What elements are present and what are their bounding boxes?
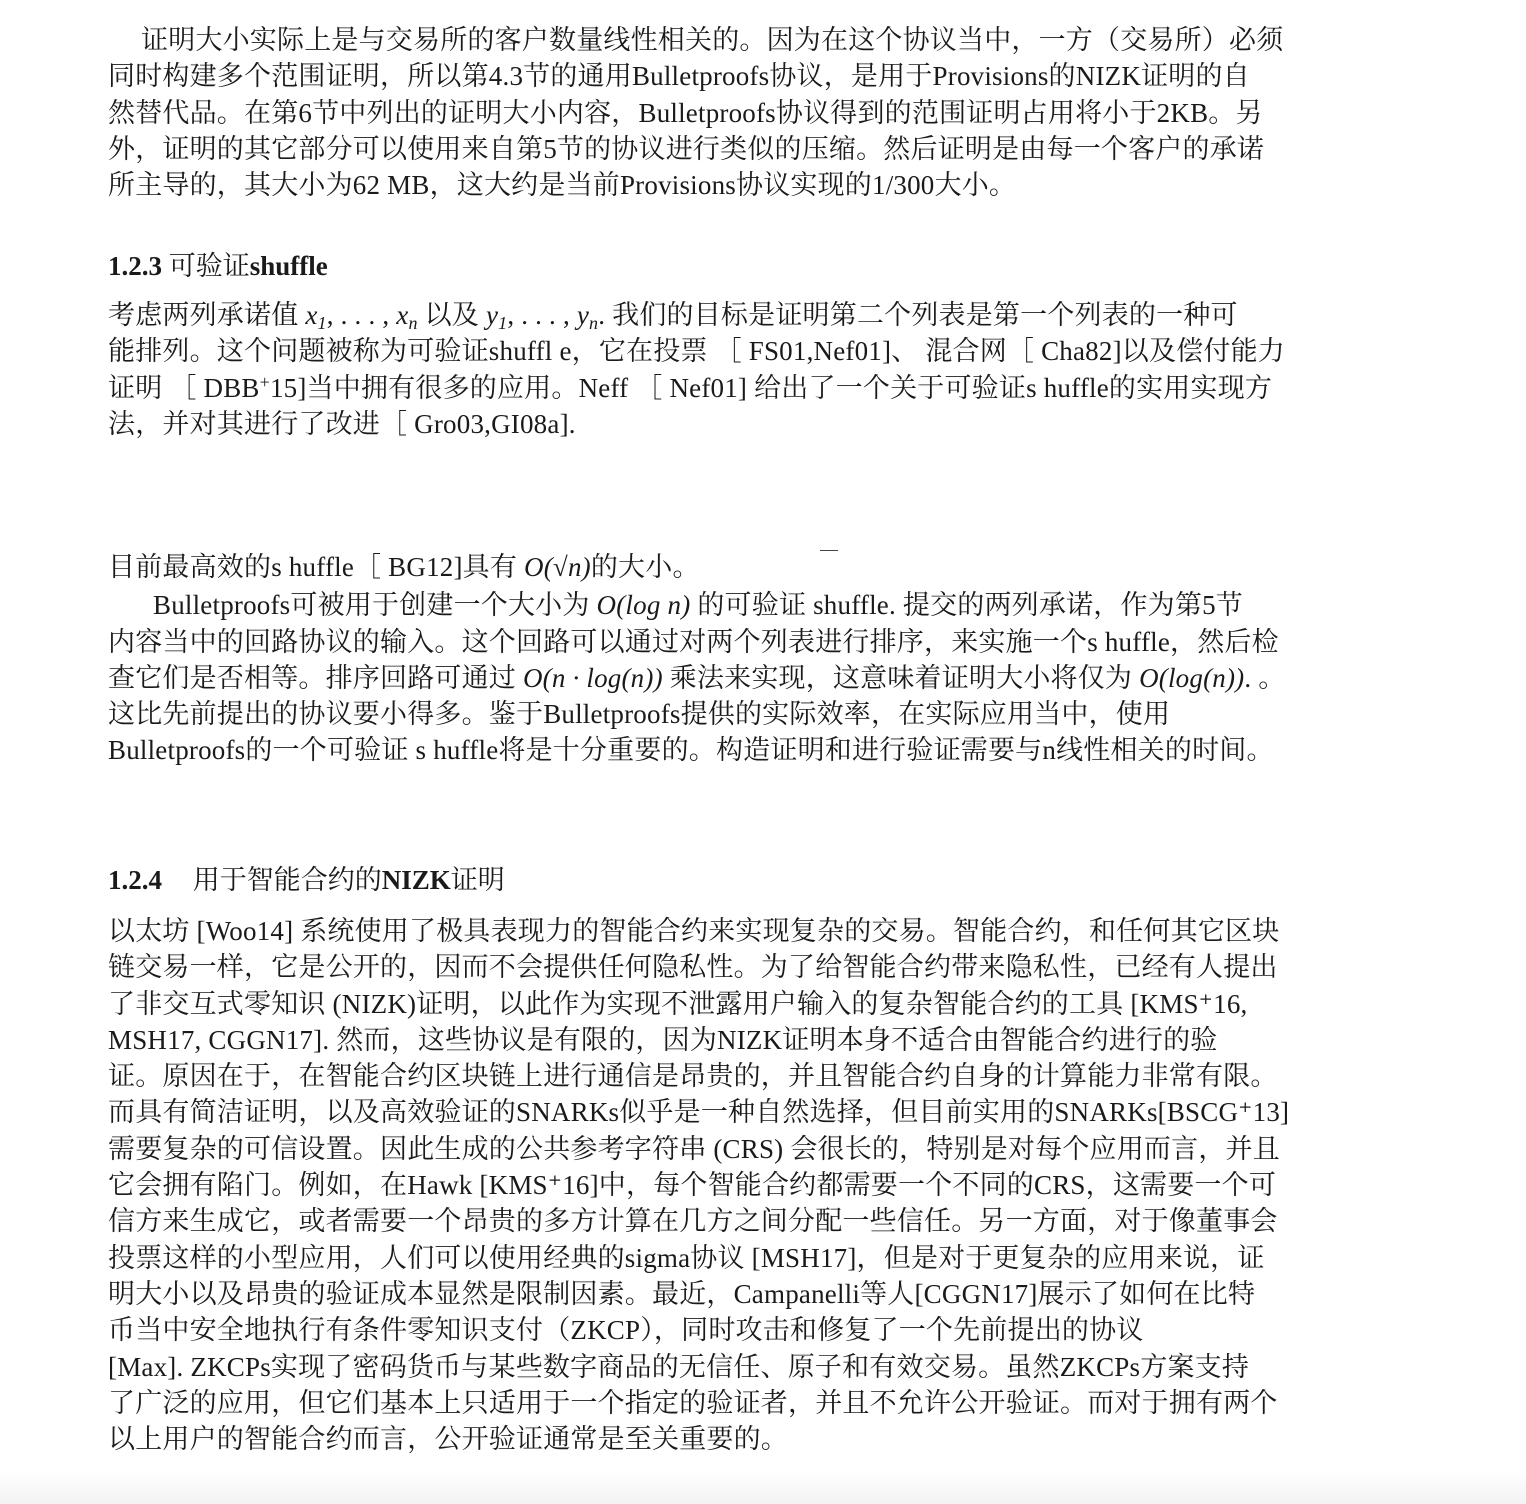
text-line: 法，并对其进行了改进［ Gro03,GI08a]. [108, 406, 1370, 442]
text-line: 外，证明的其它部分可以使用来自第5节的协议进行类似的压缩。然后证明是由每一个客户… [108, 131, 1370, 167]
text-fragment: . 我们的目标是证明第二个列表是第一个列表的一种可 [598, 300, 1238, 330]
math-subscript: n [589, 313, 598, 333]
section-title-cn: 证明 [451, 865, 505, 895]
text-line: 投票这样的小型应用，人们可以使用经典的sigma协议 [MSH17]，但是对于更… [108, 1240, 1370, 1276]
text-line: 需要复杂的可信设置。因此生成的公共参考字符串 (CRS) 会很长的，特别是对每个… [108, 1131, 1370, 1167]
text-line: 明大小以及昂贵的验证成本显然是限制因素。最近，Campanelli等人[CGGN… [108, 1276, 1370, 1312]
paragraph-smart-contracts: 以太坊 [Woo14] 系统使用了极具表现力的智能合约来实现复杂的交易。智能合约… [108, 913, 1370, 1457]
text-line: 而具有简洁证明，以及高效验证的SNARKs似乎是一种自然选择，但目前实用的SNA… [108, 1094, 1370, 1130]
text-line: 能排列。这个问题被称为可验证shuffl e，它在投票 ［ FS01,Nef01… [108, 333, 1370, 369]
text-line: 了广泛的应用，但它们基本上只适用于一个指定的验证者，并且不允许公开验证。而对于拥… [108, 1385, 1370, 1421]
math-dots: , . . . , [327, 300, 397, 330]
text-fragment: Bulletproofs可被用于创建一个大小为 [153, 590, 597, 620]
section-number: 1.2.4 [108, 865, 162, 895]
math-big-o-log-n: O(log n) [597, 590, 691, 620]
text-line: 以上用户的智能合约而言，公开验证通常是至关重要的。 [108, 1421, 1370, 1457]
text-line: 证明大小实际上是与交易所的客户数量线性相关的。因为在这个协议当中，一方（交易所）… [108, 22, 1370, 58]
math-var: y [486, 300, 498, 330]
section-heading-1-2-3: 1.2.3 可验证shuffle [108, 248, 328, 284]
math-var: y [577, 300, 589, 330]
section-title-en: shuffle [250, 251, 328, 281]
math-y1: y1 [486, 300, 507, 330]
text-fragment: 的可验证 shuffle. 提交的两列承诺，作为第5节 [690, 590, 1243, 620]
superscript: + [260, 372, 270, 392]
paragraph-verifiable-shuffle: 考虑两列承诺值 x1, . . . , xn 以及 y1, . . . , yn… [108, 297, 1370, 442]
text-line: 然替代品。在第6节中列出的证明大小内容，Bulletproofs协议得到的范围证… [108, 95, 1370, 131]
math-subscript: 1 [318, 313, 327, 333]
text-line: [Max]. ZKCPs实现了密码货币与某些数字商品的无信任、原子和有效交易。虽… [108, 1349, 1370, 1385]
math-x1: x1 [305, 300, 326, 330]
text-line: Bulletproofs的一个可验证 s huffle将是十分重要的。构造证明和… [108, 732, 1370, 768]
text-line: 这比先前提出的协议要小得多。鉴于Bulletproofs提供的实际效率，在实际应… [108, 696, 1370, 732]
text-fragment: 以及 [418, 300, 486, 330]
math-big-o-sqrt-n: O(√n) [524, 552, 591, 582]
section-title-cn: 可验证 [169, 251, 250, 281]
paragraph-proof-size: 证明大小实际上是与交易所的客户数量线性相关的。因为在这个协议当中，一方（交易所）… [108, 22, 1370, 203]
text-line: 它会拥有陷门。例如，在Hawk [KMS⁺16]中，每个智能合约都需要一个不同的… [108, 1167, 1370, 1203]
text-line: 考虑两列承诺值 x1, . . . , xn 以及 y1, . . . , yn… [108, 297, 1370, 333]
section-title-bold: NIZK [382, 865, 451, 895]
text-fragment: 考虑两列承诺值 [108, 300, 305, 330]
text-line: 以太坊 [Woo14] 系统使用了极具表现力的智能合约来实现复杂的交易。智能合约… [108, 913, 1370, 949]
text-line: 了非交互式零知识 (NIZK)证明，以此作为实现不泄露用户输入的复杂智能合约的工… [108, 986, 1370, 1022]
math-subscript: n [408, 313, 417, 333]
section-heading-1-2-4: 1.2.4 用于智能合约的NIZK证明 [108, 862, 505, 898]
text-line: 链交易一样，它是公开的，因而不会提供任何隐私性。为了给智能合约带来隐私性，已经有… [108, 949, 1370, 985]
text-line: 币当中安全地执行有条件零知识支付（ZKCP），同时攻击和修复了一个先前提出的协议 [108, 1312, 1370, 1348]
math-dots: , . . . , [507, 300, 577, 330]
math-var: x [396, 300, 408, 330]
section-number: 1.2.3 [108, 251, 162, 281]
text-fragment: 15]当中拥有很多的应用。Neff ［ Nef01] 给出了一个关于可验证s h… [270, 373, 1272, 403]
text-fragment: 目前最高效的s huffle［ BG12]具有 [108, 552, 524, 582]
text-fragment: 乘法来实现，这意味着证明大小将仅为 [663, 663, 1139, 693]
text-line: 证明 ［ DBB+15]当中拥有很多的应用。Neff ［ Nef01] 给出了一… [108, 370, 1370, 406]
text-line: Bulletproofs可被用于创建一个大小为 O(log n) 的可验证 sh… [108, 587, 1370, 623]
text-line: 证。原因在于，在智能合约区块链上进行通信是昂贵的，并且智能合约自身的计算能力非常… [108, 1058, 1370, 1094]
text-fragment: 的大小。 [591, 552, 700, 582]
section-title-cn: 用于智能合约的 [193, 865, 382, 895]
math-yn: yn [577, 300, 598, 330]
paragraph-bulletproofs-shuffle: 目前最高效的s huffle［ BG12]具有 O(√n)的大小。 Bullet… [108, 549, 1370, 769]
math-xn: xn [396, 300, 417, 330]
text-line: MSH17, CGGN17]. 然而，这些协议是有限的，因为NIZK证明本身不适… [108, 1022, 1370, 1058]
text-line: 信方来生成它，或者需要一个昂贵的多方计算在几方之间分配一些信任。另一方面，对于像… [108, 1203, 1370, 1239]
math-subscript: 1 [498, 313, 507, 333]
math-var: x [305, 300, 317, 330]
text-line: 同时构建多个范围证明，所以第4.3节的通用Bulletproofs协议，是用于P… [108, 58, 1370, 94]
text-fragment: . 。 [1244, 663, 1285, 693]
text-line: 目前最高效的s huffle［ BG12]具有 O(√n)的大小。 [108, 549, 1370, 585]
text-line: 查它们是否相等。排序回路可通过 O(n · log(n)) 乘法来实现，这意味着… [108, 660, 1370, 696]
text-fragment: 查它们是否相等。排序回路可通过 [108, 663, 523, 693]
text-line: 所主导的，其大小为62 MB，这大约是当前Provisions协议实现的1/30… [108, 167, 1370, 203]
math-big-o-n-log-n: O(n · log(n)) [523, 663, 663, 693]
text-fragment: 证明 ［ DBB [108, 373, 260, 403]
math-big-o-log-n: O(log(n)) [1139, 663, 1244, 693]
text-line: 内容当中的回路协议的输入。这个回路可以通过对两个列表进行排序，来实施一个s hu… [108, 624, 1370, 660]
